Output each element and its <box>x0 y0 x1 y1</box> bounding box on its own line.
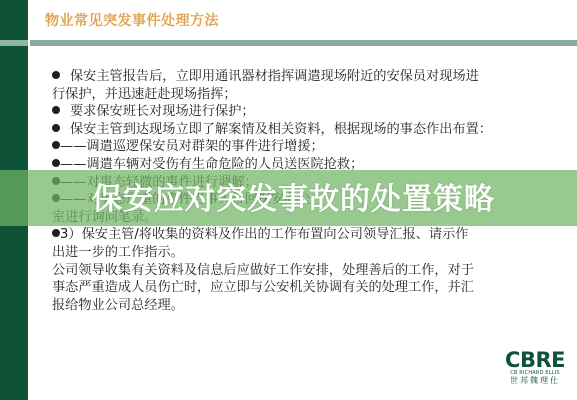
logo-chinese-name: 世邦魏理仕 <box>505 376 565 386</box>
content-line: 事态严重造成人员伤亡时，应立即与公安机关协调有关的处理工作，并汇 <box>52 279 552 297</box>
bullet-icon <box>52 71 60 79</box>
content-line: 出进一步的工作指示。 <box>52 244 552 262</box>
slide-title: 物业常见突发事件处理方法 <box>45 10 219 30</box>
content-line: 要求保安班长对现场进行保护； <box>52 103 552 121</box>
cbre-logo: CBRE CB RICHARD ELLIS 世邦魏理仕 <box>505 350 565 386</box>
header-rule <box>30 40 577 46</box>
content-line: 行保护，并迅速赶赴现场指挥； <box>52 86 552 104</box>
content-line: 公司领导收集有关资料及信息后应做好工作安排，处理善后的工作，对于 <box>52 262 552 280</box>
left-bar-divider <box>0 40 28 46</box>
content-line: 3）保安主管/将收集的资料及作出的工作布置向公司领导汇报、请示作 <box>52 226 552 244</box>
content-line: ——调遣巡逻保安员对群架的事件进行增援； <box>52 138 552 156</box>
bullet-icon <box>52 106 60 114</box>
banner-title: 保安应对突发事故的处置策略 <box>0 174 577 218</box>
logo-wordmark: CBRE <box>505 350 565 370</box>
bullet-icon <box>52 159 60 167</box>
content-line: 保安主管报告后，立即用通讯器材指挥调遣现场附近的安保员对现场进 <box>52 68 552 86</box>
content-line: 保安主管到达现场立即了解案情及相关资料，根据现场的事态作出布置： <box>52 121 552 139</box>
content-line: 报给物业公司总经理。 <box>52 297 552 315</box>
bullet-icon <box>52 124 60 132</box>
bullet-icon <box>52 229 60 237</box>
bullet-icon <box>52 141 60 149</box>
